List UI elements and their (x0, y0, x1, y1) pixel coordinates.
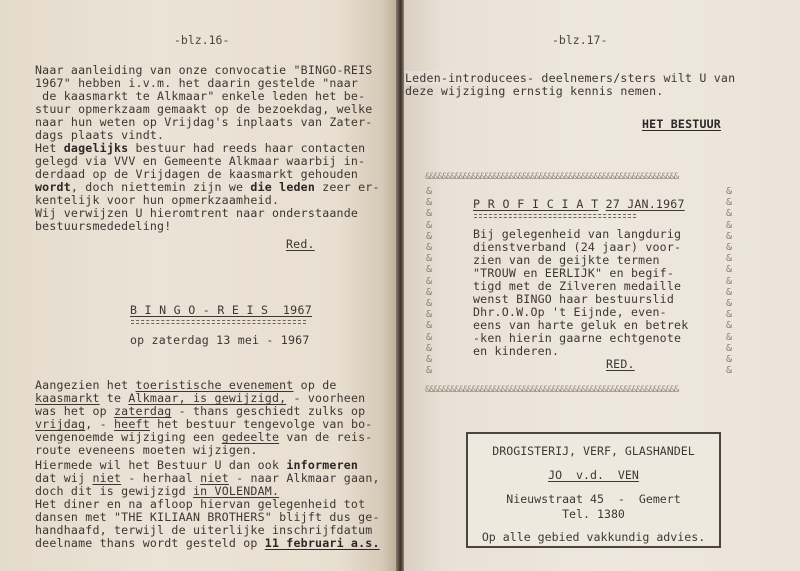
underlined-text: heeft (114, 417, 150, 431)
underlined-text: in VOLENDAM. (193, 484, 279, 498)
ad-business-type: DROGISTERIJ, VERF, GLASHANDEL (468, 444, 719, 458)
text: - herhaal (121, 471, 200, 485)
ampersand-border-right: & & & & & & & & & & & & & & & & & (726, 186, 732, 376)
double-underline (474, 214, 636, 218)
ampersand-border-left: & & & & & & & & & & & & & & & & & (426, 186, 432, 376)
faded-text: deze wijziging ernstig kennis nemen. (405, 84, 663, 98)
page-number: -blz.16- (174, 33, 229, 47)
underlined-text: kaasmarkt (35, 391, 100, 405)
text-line: en kinderen. (473, 345, 559, 358)
text: , - (85, 417, 114, 431)
signature-het-bestuur: HET BESTUUR (642, 118, 721, 131)
text-line: deze wijziging ernstig kennis nemen. (405, 85, 663, 98)
text: dat wij (35, 471, 92, 485)
underlined-text: toeristische evenement (136, 378, 294, 392)
text: deelname thans wordt gesteld op (35, 536, 265, 550)
text: van de reis- (279, 430, 372, 444)
ad-address: Nieuwstraat 45 - Gemert (468, 492, 719, 506)
text: doch dit is gewijzigd (35, 484, 193, 498)
text: was het op (35, 404, 114, 418)
text: , doch niettemin zijn we (71, 180, 251, 194)
text: Hiermede wil het Bestuur U dan ook (35, 458, 286, 472)
underlined-text: zaterdag (114, 404, 171, 418)
text: op de (294, 378, 337, 392)
bold-text: wordt (35, 180, 71, 194)
text: Het (35, 141, 64, 155)
page-number: -blz.17- (552, 33, 607, 47)
underlined-text: niet (200, 471, 229, 485)
ad-slogan: Op alle gebied vakkundig advies. (468, 530, 719, 544)
text-line: route eveneens moeten wijzigen. (35, 444, 258, 457)
signature-red: Red. (286, 238, 315, 251)
ad-name: JO v.d. VEN (468, 468, 719, 482)
text: te (100, 391, 129, 405)
underlined-text: Alkmaar, is gewijzigd, (128, 391, 286, 405)
text: - naar Alkmaar gaan, (229, 471, 380, 485)
section-title: B I N G O - R E I S 1967 (130, 304, 312, 317)
title-date: 27 JAN.1967 (606, 197, 685, 211)
title-text: P R O F I C I A T (473, 197, 598, 211)
ad-phone: Tel. 1380 (468, 507, 719, 521)
text: het bestuur tengevolge van bo- (150, 417, 373, 431)
bold-text: informeren (286, 458, 358, 472)
left-page: -blz.16- Naar aanleiding van onze convoc… (0, 0, 398, 571)
ampersand-border-top: &&&&&&&&&&&&&&&&&&&&&&&&&&&&&&&&&&&&&&&&… (425, 172, 737, 182)
underlined-text: niet (92, 471, 121, 485)
underlined-text: gedeelte (222, 430, 279, 444)
text-line: bestuursmededeling! (35, 220, 171, 233)
text: - thans geschiedt zulks op (171, 404, 365, 418)
deadline-date: 11 februari a.s. (265, 536, 380, 550)
text: Aangezien het (35, 378, 136, 392)
text: bestuur had reeds haar contacten (128, 141, 365, 155)
advertisement-box: DROGISTERIJ, VERF, GLASHANDEL JO v.d. VE… (466, 432, 721, 548)
text: zeer er- (315, 180, 380, 194)
ampersand-border-bottom: &&&&&&&&&&&&&&&&&&&&&&&&&&&&&&&&&&&&&&&&… (425, 385, 737, 395)
text: vengenoemde wijziging een (35, 430, 222, 444)
bold-text: dagelijks (64, 141, 129, 155)
text: - voorheen (286, 391, 365, 405)
congrats-title: P R O F I C I A T 27 JAN.1967 (473, 198, 685, 211)
book-spine (396, 0, 404, 571)
signature-red: RED. (606, 358, 635, 371)
underlined-text: vrijdag (35, 417, 85, 431)
faded-text: Leden-introducees- deelnemers/sters wilt… (405, 71, 735, 85)
double-underline (131, 320, 306, 324)
text-line: deelname thans wordt gesteld op 11 febru… (35, 537, 380, 550)
bold-text: die leden (250, 180, 315, 194)
section-subtitle: op zaterdag 13 mei - 1967 (130, 334, 310, 347)
